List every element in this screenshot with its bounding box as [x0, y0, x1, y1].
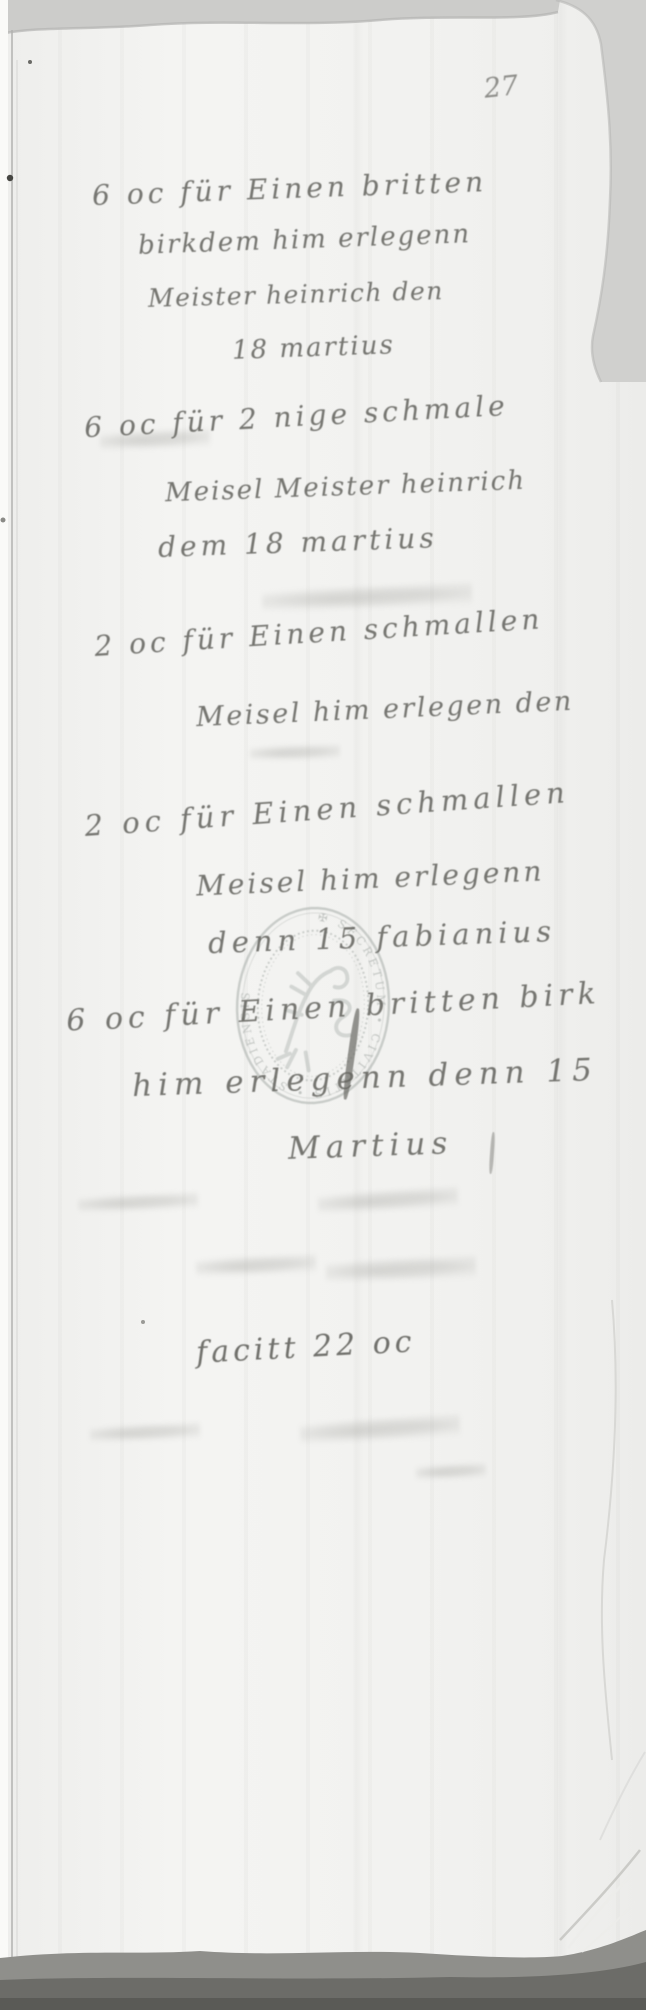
- manuscript-scan: 27 6 oc für Einen britten birkdem him er…: [0, 0, 646, 2010]
- entry-line: Martius: [287, 1125, 453, 1167]
- entry-line: 18 martius: [232, 330, 396, 366]
- page-number: 27: [482, 70, 519, 104]
